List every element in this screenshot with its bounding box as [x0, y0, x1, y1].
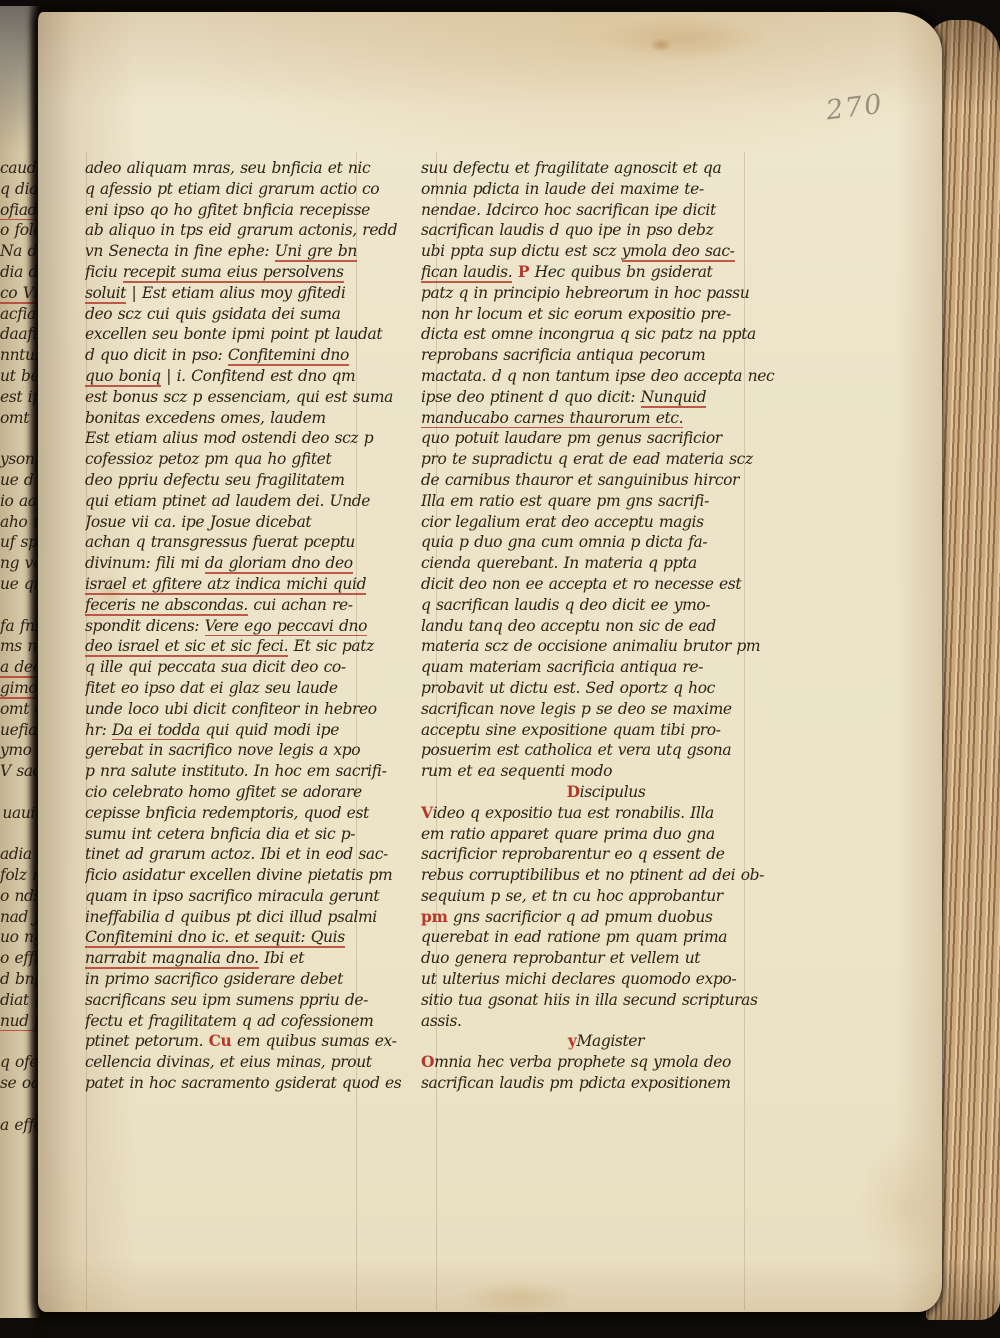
text-line: mactata. d q non tantum ipse deo accepta… [421, 366, 791, 387]
text-line: manducabo carnes thaurorum etc. [421, 408, 791, 429]
text-line: ficiu recepit suma eius persolvens [85, 262, 401, 283]
text-line: d quo dicit in pso: Confitemini dno [85, 345, 401, 366]
text-line: achan q transgressus fuerat pceptu [85, 532, 401, 553]
text-line: israel et gfitere atz indica michi quid [85, 574, 401, 595]
text-line: spondit dicens: Vere ego peccavi dno [85, 616, 401, 637]
text-line: acceptu sine expositione quam tibi pro- [421, 720, 791, 741]
text-line: pm gns sacrificior q ad pmum duobus [421, 907, 791, 928]
text-line: Est etiam alius mod ostendi deo scz p [85, 428, 401, 449]
text-line: dicit deo non ee accepta et ro necesse e… [421, 574, 791, 595]
text-line: p nra salute instituto. In hoc em sacrif… [85, 761, 401, 782]
text-line: dicta est omne incongrua q sic patz na p… [421, 324, 791, 345]
parchment-stain [458, 1280, 578, 1316]
text-line: non hr locum et sic eorum expositio pre- [421, 304, 791, 325]
text-line: divinum: fili mi da gloriam dno deo [85, 553, 401, 574]
text-line: qui etiam ptinet ad laudem dei. Unde [85, 491, 401, 512]
text-line: quo potuit laudare pm genus sacrificior [421, 428, 791, 449]
text-line: unde loco ubi dicit confiteor in hebreo [85, 699, 401, 720]
text-line: ptinet petorum. Cu em quibus sumas ex- [85, 1031, 401, 1052]
text-line: Illa em ratio est quare pm gns sacrifi- [421, 491, 791, 512]
text-line: cior legalium erat deo acceptu magis [421, 512, 791, 533]
text-line: soluit | Est etiam alius moy gfitedi [85, 283, 401, 304]
text-line: sacrificior reprobarentur eo q essent de [421, 844, 791, 865]
folio-number: 270 [824, 89, 885, 127]
text-line: gerebat in sacrifico nove legis a xpo [85, 740, 401, 761]
text-line: tinet ad grarum actoz. Ibi et in eod sac… [85, 844, 401, 865]
text-line: cienda querebant. In materia q ppta [421, 553, 791, 574]
text-line: ut ulterius michi declares quomodo expo- [421, 969, 791, 990]
text-line: hr: Da ei todda qui quid modi ipe [85, 720, 401, 741]
text-line: deo israel et sic et sic feci. Et sic pa… [85, 636, 401, 657]
rubric-heading: Discipulus [421, 782, 791, 803]
text-line: materia scz de occisione animaliu brutor… [421, 636, 791, 657]
text-line: cio celebrato homo gfitet se adorare [85, 782, 401, 803]
text-line: deo scz cui quis gsidata dei suma [85, 304, 401, 325]
text-line: cellencia divinas, et eius minas, prout [85, 1052, 401, 1073]
text-line: cofessioz petoz pm qua ho gfitet [85, 449, 401, 470]
text-line: q ille qui peccata sua dicit deo co- [85, 657, 401, 678]
text-line: rum et ea sequenti modo [421, 761, 791, 782]
text-line: sacrifican laudis pm pdicta expositionem [421, 1073, 791, 1094]
text-line: fican laudis. P Hec quibus bn gsiderat [421, 262, 791, 283]
text-line: excellen seu bonte ipmi point pt laudat [85, 324, 401, 345]
text-line: bonitas excedens omes, laudem [85, 408, 401, 429]
text-line: rebus corruptibilibus et no ptinent ad d… [421, 865, 791, 886]
text-line: sequium p se, et tn cu hoc approbantur [421, 886, 791, 907]
text-line: sacrifican laudis d quo ipe in pso debz [421, 220, 791, 241]
text-line: cepisse bnficia redemptoris, quod est [85, 803, 401, 824]
text-line: est bonus scz p essenciam, qui est suma [85, 387, 401, 408]
text-line: landu tanq deo acceptu non sic de ead [421, 616, 791, 637]
text-line: de carnibus thauror et sanguinibus hirco… [421, 470, 791, 491]
text-line: ubi ppta sup dictu est scz ymola deo sac… [421, 241, 791, 262]
rubric-heading: yMagister [421, 1031, 791, 1052]
text-line: fectu et fragilitatem q ad cofessionem [85, 1011, 401, 1032]
text-line: Confitemini dno ic. et sequit: Quis [85, 927, 401, 948]
text-line: em ratio apparet quare prima duo gna [421, 824, 791, 845]
text-line: ab aliquo in tps eid grarum actonis, red… [85, 220, 401, 241]
parchment-stain [598, 16, 768, 62]
text-line: suu defectu et fragilitate agnoscit et q… [421, 158, 791, 179]
text-line: ineffabilia d quibus pt dici illud psalm… [85, 907, 401, 928]
text-line: nendae. Idcirco hoc sacrifican ipe dicit [421, 200, 791, 221]
text-line: quia p duo gna cum omnia p dicta fa- [421, 532, 791, 553]
text-line: quo boniq | i. Confitend est dno qm [85, 366, 401, 387]
text-line: posuerim est catholica et vera utq gsona [421, 740, 791, 761]
text-line: narrabit magnalia dno. Ibi et [85, 948, 401, 969]
text-line: omnia pdicta in laude dei maxime te- [421, 179, 791, 200]
text-line: quam in ipso sacrifico miracula gerunt [85, 886, 401, 907]
text-line: sumu int cetera bnficia dia et sic p- [85, 824, 401, 845]
text-line: q afessio pt etiam dici grarum actio co [85, 179, 401, 200]
text-line: ficio asidatur excellen divine pietatis … [85, 865, 401, 886]
text-line: pro te supradictu q erat de ead materia … [421, 449, 791, 470]
text-line: patet in hoc sacramento gsiderat quod es… [85, 1073, 401, 1094]
text-line: probavit ut dictu est. Sed oportz q hoc [421, 678, 791, 699]
text-line: q sacrifican laudis q deo dicit ee ymo- [421, 595, 791, 616]
text-line: duo genera reprobantur et vellem ut [421, 948, 791, 969]
text-line: sacrifican nove legis p se deo se maxime [421, 699, 791, 720]
text-line: sacrificans seu ipm sumens ppriu de- [85, 990, 401, 1011]
text-line: eni ipso qo ho gfitet bnficia recepisse [85, 200, 401, 221]
manuscript-photo: caud eq diaiofiad ido foletNa diadia dco… [0, 0, 1000, 1338]
parchment-stain [650, 38, 672, 52]
text-line: patz q in principio hebreorum in hoc pas… [421, 283, 791, 304]
text-line: fitet eo ipso dat ei glaz seu laude [85, 678, 401, 699]
text-line: querebat in ead ratione pm quam prima [421, 927, 791, 948]
text-line: assis. [421, 1011, 791, 1032]
text-line: deo ppriu defectu seu fragilitatem [85, 470, 401, 491]
text-line: reprobans sacrificia antiqua pecorum [421, 345, 791, 366]
manuscript-page: 270 adeo aliquam mras, seu bnficia et ni… [38, 12, 942, 1312]
text-line: ipse deo ptinent d quo dicit: Nunquid [421, 387, 791, 408]
text-line: vn Senecta in fine ephe: Uni gre bn [85, 241, 401, 262]
text-line: sitio tua gsonat hiis in illa secund scr… [421, 990, 791, 1011]
text-line: Josue vii ca. ipe Josue dicebat [85, 512, 401, 533]
text-column-right: suu defectu et fragilitate agnoscit et q… [421, 158, 791, 1094]
text-line: in primo sacrifico gsiderare debet [85, 969, 401, 990]
text-line: quam materiam sacrificia antiqua re- [421, 657, 791, 678]
text-line: Omnia hec verba prophete sq ymola deo [421, 1052, 791, 1073]
text-column-left: adeo aliquam mras, seu bnficia et nicq a… [85, 158, 401, 1094]
text-line: Video q expositio tua est ronabilis. Ill… [421, 803, 791, 824]
text-line: feceris ne abscondas. cui achan re- [85, 595, 401, 616]
parchment-stain [858, 1132, 948, 1282]
text-line: adeo aliquam mras, seu bnficia et nic [85, 158, 401, 179]
